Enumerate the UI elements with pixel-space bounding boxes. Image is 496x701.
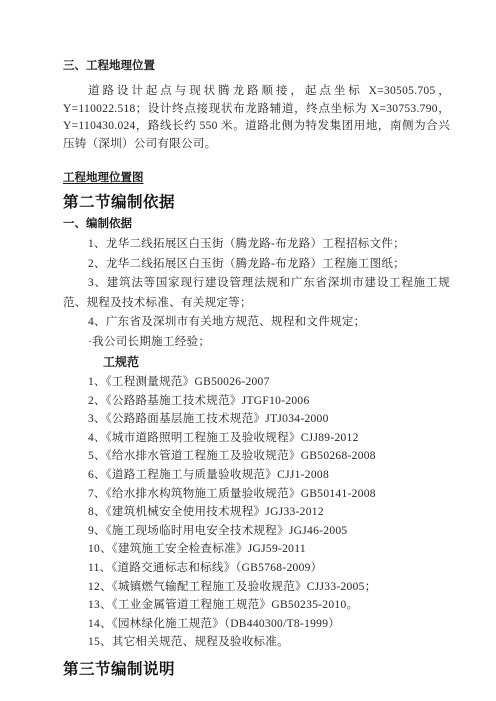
standards-item: 11、《道路交通标志和标线》（GB5768-2009） — [63, 559, 450, 578]
document-page: 三、工程地理位置 道路设计起点与现状腾龙路顺接，起点坐标 X=30505.705… — [0, 0, 496, 701]
section-heading-location: 三、工程地理位置 — [63, 58, 450, 74]
standards-item: 2、《公路路基施工技术规范》JTGF10-2006 — [63, 392, 450, 411]
standards-item: 13、《工业金属管道工程施工规范》GB50235-2010。 — [63, 596, 450, 615]
standards-list: 1、《工程测量规范》GB50026-2007 2、《公路路基施工技术规范》JTG… — [63, 373, 450, 652]
standards-item: 6、《道路工程施工与质量验收规范》CJJ1-2008 — [63, 466, 450, 485]
standards-item: 15、其它相关规范、规程及验收标准。 — [63, 633, 450, 652]
standards-item: 9、《施工现场临时用电安全技术规程》JGJ46-2005 — [63, 522, 450, 541]
standards-item: 1、《工程测量规范》GB50026-2007 — [63, 373, 450, 392]
standards-item: 3、《公路路面基层施工技术规范》JTJ034-2000 — [63, 410, 450, 429]
standards-item: 7、《给水排水构筑物施工质量验收规范》GB50141-2008 — [63, 485, 450, 504]
basis-item: 1、龙华二线拓展区白玉街（腾龙路-布龙路）工程招标文件； — [63, 235, 450, 255]
basis-list: 1、龙华二线拓展区白玉街（腾龙路-布龙路）工程招标文件； 2、龙华二线拓展区白玉… — [63, 235, 450, 352]
standards-item: 5、《给水排水管道工程施工及验收规范》GB50268-2008 — [63, 447, 450, 466]
standards-heading: 工规范 — [63, 353, 450, 371]
standards-item: 8、《建筑机械安全使用技术规程》JGJ33-2012 — [63, 503, 450, 522]
basis-item: ·我公司长期施工经验； — [63, 333, 450, 353]
location-paragraph: 道路设计起点与现状腾龙路顺接，起点坐标 X=30505.705，Y=110022… — [63, 83, 450, 153]
section-title-notes: 第三节编制说明 — [63, 659, 450, 680]
subsection-heading-basis: 一、编制依据 — [63, 216, 450, 232]
basis-item: 3、建筑法等国家现行建设管理法规和广东省深圳市建设工程施工规范、规程及技术标准、… — [63, 274, 450, 313]
section-title-basis: 第二节编制依据 — [63, 192, 450, 213]
basis-item: 2、龙华二线拓展区白玉街（腾龙路-布龙路）工程施工图纸； — [63, 255, 450, 275]
standards-item: 12、《城镇燃气输配工程施工及验收规范》CJJ33-2005； — [63, 578, 450, 597]
map-caption: 工程地理位置图 — [63, 170, 450, 186]
standards-item: 10、《建筑施工安全检查标准》JGJ59-2011 — [63, 540, 450, 559]
standards-item: 14、《园林绿化施工规范》（DB440300/T8-1999） — [63, 615, 450, 634]
standards-item: 4、《城市道路照明工程施工及验收规程》CJJ89-2012 — [63, 429, 450, 448]
basis-item: 4、广东省及深圳市有关地方规范、规程和文件规定； — [63, 313, 450, 333]
